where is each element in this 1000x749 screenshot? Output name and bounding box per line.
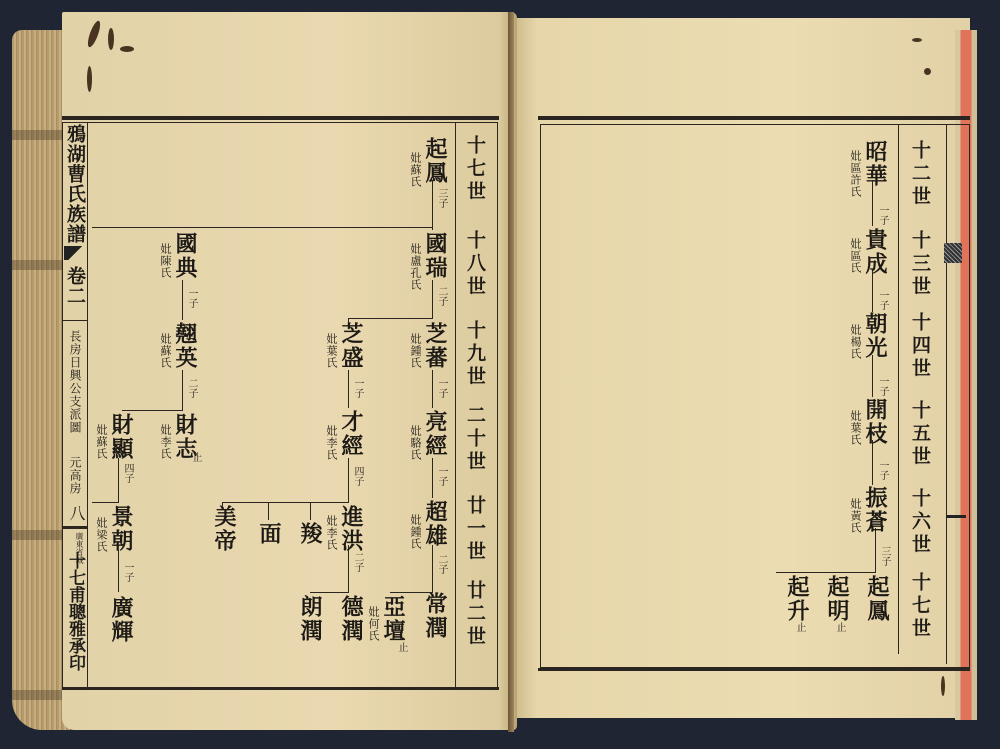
tree-line: [432, 280, 433, 318]
person-name: 才經: [340, 410, 362, 458]
sons-count: 二子: [352, 552, 362, 572]
tree-line: [118, 458, 119, 502]
stain-mark: [941, 676, 945, 696]
sons-count: 一子: [436, 378, 446, 398]
wife-label: 妣區許氏: [850, 150, 861, 198]
tree-line: [872, 270, 873, 312]
sons-count: 四子: [122, 463, 132, 483]
person-name: 廣輝: [110, 596, 132, 644]
person-name: 起鳳: [424, 137, 446, 185]
person-name: 進洪: [340, 505, 362, 553]
tree-line: [432, 458, 433, 498]
tree-line: [432, 370, 433, 408]
stain-mark: [924, 68, 931, 75]
sons-count: 一子: [877, 460, 887, 480]
margin-divider: [87, 122, 88, 688]
wife-label: 妣蘇氏: [160, 333, 171, 369]
person-name: 亞壇: [382, 595, 404, 643]
person-name: 亮經: [424, 410, 446, 458]
sons-count: 一子: [122, 562, 132, 582]
tree-line: [776, 572, 876, 573]
margin-divider: [946, 124, 947, 664]
tree-line: [872, 355, 873, 397]
fishtail-mark: [64, 246, 86, 260]
person-name: 面: [258, 522, 280, 546]
wife-label: 妣楊氏: [850, 324, 861, 360]
person-name: 翹英: [174, 322, 196, 370]
tree-line: [432, 545, 433, 592]
tree-line: [122, 410, 183, 411]
tree-line: [348, 458, 349, 502]
wife-label: 妣鍾氏: [410, 514, 421, 550]
wife-label: 妣葉氏: [850, 410, 861, 446]
generation-label: 十七世: [910, 572, 929, 641]
person-name: 開枝: [864, 398, 886, 446]
wife-label: 妣蘇氏: [96, 424, 107, 460]
line-ended-mark: 止: [190, 452, 200, 462]
tree-line: [222, 502, 349, 503]
section-label: 長房日興公支派圖: [69, 330, 81, 434]
margin-tick: [946, 515, 966, 518]
wife-label: 妣駱氏: [410, 425, 421, 461]
page-number: 八: [68, 505, 84, 521]
generation-column-divider: [898, 124, 899, 654]
generation-label: 二十世: [465, 405, 484, 474]
wife-label: 妣梁氏: [96, 517, 107, 553]
wife-label: 妣葉氏: [326, 333, 337, 369]
person-name: 朝光: [864, 312, 886, 360]
person-name: 羧: [299, 522, 321, 546]
tree-line: [118, 550, 119, 592]
sons-count: 一子: [436, 466, 446, 486]
wife-label: 妣李氏: [326, 515, 337, 551]
generation-label: 十七世: [465, 135, 484, 204]
tree-line: [92, 502, 119, 503]
tree-line: [182, 280, 183, 320]
right-frame: [540, 124, 970, 668]
sons-count: 三子: [879, 546, 889, 566]
person-name: 景朝: [110, 505, 132, 553]
sons-count: 二子: [186, 378, 196, 398]
tree-line: [432, 180, 433, 230]
frame-top-border: [62, 116, 499, 120]
book-gutter: [508, 12, 514, 732]
generation-label: 十九世: [465, 320, 484, 389]
stain-mark: [912, 38, 922, 42]
generation-label: 十五世: [910, 400, 929, 469]
line-ended-mark: 止: [834, 622, 844, 632]
wife-label: 妣黃氏: [850, 498, 861, 534]
sons-count: 一子: [877, 205, 887, 225]
generation-label: 廿二世: [465, 580, 484, 649]
stain-mark: [87, 66, 92, 92]
person-name: 貴成: [864, 228, 886, 276]
tree-line: [348, 370, 349, 408]
margin-divider-line: [62, 320, 88, 321]
sons-count: 一子: [186, 288, 196, 308]
person-name: 振蒼: [864, 486, 886, 534]
stain-mark: [108, 28, 114, 50]
person-name: 國典: [174, 232, 196, 280]
frame-bottom-border: [62, 687, 499, 690]
generation-column-divider: [455, 122, 456, 688]
person-name: 芝盛: [340, 322, 362, 370]
generation-label: 十六世: [910, 488, 929, 557]
publisher-name: 十七甫聰雅承印: [66, 552, 83, 671]
wife-label: 妣蘇氏: [410, 152, 421, 188]
sons-count: 一子: [352, 378, 362, 398]
tree-line: [872, 440, 873, 485]
person-name: 常潤: [424, 592, 446, 640]
tree-line: [310, 502, 311, 520]
wife-label: 妣盧孔氏: [410, 243, 421, 291]
wife-label: 妣李氏: [160, 424, 171, 460]
stain-mark: [120, 46, 134, 52]
generation-label: 十二世: [910, 140, 929, 209]
tree-line: [182, 370, 183, 410]
generation-label: 廿一世: [465, 495, 484, 564]
person-name: 朗潤: [299, 595, 321, 643]
book-title: 鴉湖曹氏族譜: [65, 124, 84, 244]
person-name: 起明: [826, 575, 848, 623]
wife-label: 妣區氏: [850, 238, 861, 274]
tree-line: [875, 528, 876, 572]
tree-line: [310, 592, 349, 593]
wife-label: 妣李氏: [326, 425, 337, 461]
tree-line: [92, 227, 433, 228]
wife-label: 妣何氏: [368, 606, 379, 642]
subsection-label: 元高房: [69, 456, 81, 495]
person-name: 起升: [786, 575, 808, 623]
tree-line: [268, 502, 269, 520]
sons-count: 二子: [436, 286, 446, 306]
person-name: 財顯: [110, 413, 132, 461]
generation-label: 十三世: [910, 230, 929, 299]
sons-count: 二子: [436, 554, 446, 574]
volume-label: 卷二: [65, 266, 84, 306]
line-ended-mark: 止: [396, 642, 406, 652]
person-name: 芝蕃: [424, 322, 446, 370]
line-ended-mark: 止: [794, 622, 804, 632]
fishtail-mark: [944, 243, 962, 263]
generation-label: 十四世: [910, 312, 929, 381]
wife-label: 妣鍾氏: [410, 333, 421, 369]
wife-label: 妣陳氏: [160, 243, 171, 279]
generation-label: 十八世: [465, 230, 484, 299]
sons-count: 三子: [436, 188, 446, 208]
frame-bottom-border: [538, 668, 970, 671]
person-name: 國瑞: [424, 232, 446, 280]
person-name: 德潤: [340, 595, 362, 643]
frame-top-border: [538, 116, 970, 120]
person-name: 超雄: [424, 500, 446, 548]
margin-divider-line: [62, 526, 88, 529]
tree-line: [348, 318, 433, 319]
person-name: 起鳳: [866, 575, 888, 623]
person-name: 昭華: [864, 140, 886, 188]
sons-count: 四子: [352, 466, 362, 486]
sons-count: 一子: [877, 290, 887, 310]
person-name: 美帝: [213, 505, 235, 553]
sons-count: 一子: [877, 376, 887, 396]
